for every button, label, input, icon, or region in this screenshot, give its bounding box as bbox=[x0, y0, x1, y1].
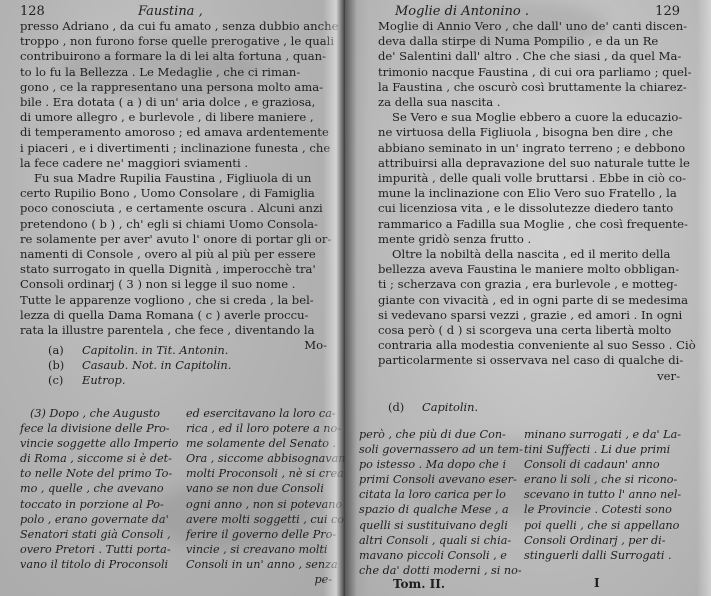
footnote-line: tini Suffecti . Li due primi bbox=[524, 442, 682, 457]
text-line: particolarmente si osservava nel caso di… bbox=[378, 353, 680, 368]
running-head: Moglie di Antonino . 129 bbox=[385, 4, 680, 20]
footnote-line: vincie , si creavano molti bbox=[186, 542, 332, 557]
footnote-line: Senatori stati già Consoli , bbox=[20, 527, 176, 542]
text-line: attribuirsi alla depravazione del suo na… bbox=[378, 156, 680, 171]
footnote-line: fece la divisione delle Pro- bbox=[20, 421, 176, 436]
text-line: si vedevano sparsi vezzi , grazie , ed a… bbox=[378, 308, 680, 323]
footnote-line: Consoli in un' anno , senza bbox=[186, 557, 332, 572]
text-line: ne virtuosa della Figliuola , bisogna be… bbox=[378, 125, 680, 140]
footnote-line: polo , erano governate da' bbox=[20, 512, 176, 527]
text-line: mune la inclinazione con Elio Vero suo F… bbox=[378, 186, 680, 201]
footnote-line: erano li soli , che si ricono- bbox=[524, 472, 682, 487]
note-c: (c) Eutrop. bbox=[48, 373, 318, 388]
page-number: 129 bbox=[655, 4, 680, 20]
text-line: certo Rupilio Bono , Uomo Consolare , di… bbox=[20, 186, 327, 201]
footnote-line: primi Consoli avevano eser- bbox=[359, 472, 514, 487]
text-line: presso Adriano , da cui fu amato , senza… bbox=[20, 19, 327, 34]
text-line: bile . Era dotata ( a ) di un' aria dolc… bbox=[20, 95, 327, 110]
footnote-line: overo Pretori . Tutti porta- bbox=[20, 542, 176, 557]
footnote-line: po istesso . Ma dopo che i bbox=[359, 457, 514, 472]
text-line: de' Salentini dall' altro . Che che sias… bbox=[378, 49, 680, 64]
text-line: Consoli ordinarj ( 3 ) non si legge il s… bbox=[20, 277, 327, 292]
footnote-column-right: ed esercitavano la loro ca- rica , ed il… bbox=[186, 406, 332, 587]
marginal-notes: (d) Capitolin. bbox=[388, 400, 668, 415]
footnote-line: avere molti soggetti , cui con- bbox=[186, 512, 332, 527]
footnote-column-right: minano surrogati , e da' La- tini Suffec… bbox=[524, 427, 682, 578]
book-spread: 128 Faustina , presso Adriano , da cui f… bbox=[0, 0, 711, 596]
text-line: trimonio nacque Faustina , di cui ora pa… bbox=[378, 65, 680, 80]
text-line: di temperamento amoroso ; ed amava arden… bbox=[20, 125, 327, 140]
text-line: troppo , non furono forse quelle preroga… bbox=[20, 34, 327, 49]
text-line: namenti di Console , overo al più al più… bbox=[20, 247, 327, 262]
footnote-line: Ora , siccome abbisognavano bbox=[186, 451, 332, 466]
footnote-line: to nelle Note del primo To- bbox=[20, 466, 176, 481]
running-head-title: Moglie di Antonino . bbox=[395, 4, 529, 20]
note-b: (b) Casaub. Not. in Capitolin. bbox=[48, 358, 318, 373]
text-line: lezza di quella Dama Romana ( c ) averle… bbox=[20, 308, 327, 323]
text-line: ti ; scherzava con grazia , era burlevol… bbox=[378, 277, 680, 292]
text-line: rammarico a Fadilla sua Moglie , che cos… bbox=[378, 217, 680, 232]
footnote-line: soli governassero ad un tem- bbox=[359, 442, 514, 457]
gathering-signature: I bbox=[594, 576, 600, 590]
footnote-line: minano surrogati , e da' La- bbox=[524, 427, 682, 442]
text-line: Fu sua Madre Rupilia Faustina , Figliuol… bbox=[20, 171, 327, 186]
footnote-line: Consoli Ordinarj , per di- bbox=[524, 533, 682, 548]
text-line: abbiano seminato in un' ingrato terreno … bbox=[378, 141, 680, 156]
text-line: giante con vivacità , ed in ogni parte d… bbox=[378, 293, 680, 308]
marginal-notes: (a) Capitolin. in Tit. Antonin. (b) Casa… bbox=[48, 343, 318, 388]
text-line: mente gridò senza frutto . bbox=[378, 232, 680, 247]
text-line: di umore allegro , e burlevole , di libe… bbox=[20, 110, 327, 125]
footnote-line: rica , ed il loro potere a no- bbox=[186, 421, 332, 436]
text-line: poco conosciuta , e certamente oscura . … bbox=[20, 201, 327, 216]
footnote-line: stinguerli dalli Surrogati . bbox=[524, 548, 682, 563]
text-line: contribuirono a formare la di lei alta f… bbox=[20, 49, 327, 64]
text-line: deva dalla stirpe di Numa Pompilio , e d… bbox=[378, 34, 680, 49]
footnote-line: le Provincie . Cotesti sono bbox=[524, 502, 682, 517]
footnote-line: vano il titolo di Proconsoli bbox=[20, 557, 176, 572]
catchword: ver- bbox=[378, 369, 680, 384]
text-line: Se Vero e sua Moglie ebbero a cuore la e… bbox=[378, 110, 680, 125]
footnote-line: altri Consoli , quali si chia- bbox=[359, 533, 514, 548]
main-text: presso Adriano , da cui fu amato , senza… bbox=[20, 19, 327, 353]
note-mark: (a) bbox=[48, 343, 82, 358]
note-mark: (d) bbox=[388, 400, 422, 415]
footnote-line: poi quelli , che si appellano bbox=[524, 518, 682, 533]
footnote-line: che da' dotti moderni , si no- bbox=[359, 563, 514, 578]
text-line: la Faustina , che oscurò così bruttament… bbox=[378, 80, 680, 95]
note-text: Eutrop. bbox=[82, 373, 125, 388]
note-text: Capitolin. bbox=[422, 400, 478, 415]
footnote-line: mo , quelle , che avevano bbox=[20, 481, 176, 496]
footnote-line: ogni anno , non si potevano bbox=[186, 497, 332, 512]
footnote-line: quelli si sustituivano degli bbox=[359, 518, 514, 533]
footnote-column-left: (3) Dopo , che Augusto fece la divisione… bbox=[20, 406, 176, 587]
note-mark: (c) bbox=[48, 373, 82, 388]
footnote-line: di Roma , siccome si è det- bbox=[20, 451, 176, 466]
note-text: Casaub. Not. in Capitolin. bbox=[82, 358, 231, 373]
page-edge bbox=[697, 0, 711, 596]
note-mark: (b) bbox=[48, 358, 82, 373]
text-line: contraria alla modestia conveniente al s… bbox=[378, 338, 680, 353]
text-line: i piaceri , e i divertimenti ; inclinazi… bbox=[20, 141, 327, 156]
gutter-shadow bbox=[323, 0, 345, 596]
text-line: rata la illustre parentela , che fece , … bbox=[20, 323, 327, 338]
text-line: impurità , delle quali volle bruttarsi .… bbox=[378, 171, 680, 186]
text-line: la fece cadere ne' maggiori sviamenti . bbox=[20, 156, 327, 171]
footnote-line: scevano in tutto l' anno nel- bbox=[524, 487, 682, 502]
page-number: 128 bbox=[20, 4, 45, 20]
volume-signature: Tom. II. bbox=[393, 577, 445, 591]
note-text: Capitolin. in Tit. Antonin. bbox=[82, 343, 228, 358]
text-line: bellezza aveva Faustina le maniere molto… bbox=[378, 262, 680, 277]
footnote-column-left: però , che più di due Con- soli governas… bbox=[359, 427, 514, 578]
footnote-3-continued: però , che più di due Con- soli governas… bbox=[359, 427, 682, 578]
text-line: cosa però ( d ) si scorgeva una certa li… bbox=[378, 323, 680, 338]
right-page: Moglie di Antonino . 129 Moglie di Annio… bbox=[345, 0, 711, 596]
footnote-line: molti Proconsoli , nè si crea- bbox=[186, 466, 332, 481]
footnote-line: citata la loro carica per lo bbox=[359, 487, 514, 502]
footnote-line: ed esercitavano la loro ca- bbox=[186, 406, 332, 421]
catchword: pe- bbox=[186, 572, 332, 587]
footnote-3: (3) Dopo , che Augusto fece la divisione… bbox=[20, 406, 332, 587]
left-page: 128 Faustina , presso Adriano , da cui f… bbox=[0, 0, 345, 596]
text-line: pretendono ( b ) , ch' egli si chiami Uo… bbox=[20, 217, 327, 232]
running-head-title: Faustina , bbox=[138, 4, 203, 20]
footnote-line: toccato in porzione al Po- bbox=[20, 497, 176, 512]
text-line: Moglie di Annio Vero , che dall' uno de'… bbox=[378, 19, 680, 34]
text-line: gono , ce la rappresentano una persona m… bbox=[20, 80, 327, 95]
footnote-line: Consoli di cadaun' anno bbox=[524, 457, 682, 472]
text-line: za della sua nascita . bbox=[378, 95, 680, 110]
text-line: Oltre la nobiltà della nascita , ed il m… bbox=[378, 247, 680, 262]
note-a: (a) Capitolin. in Tit. Antonin. bbox=[48, 343, 318, 358]
footnote-line: me solamente del Senato . bbox=[186, 436, 332, 451]
text-line: stato surrogato in quella Dignità , impe… bbox=[20, 262, 327, 277]
text-line: re solamente per aver' avuto l' onore di… bbox=[20, 232, 327, 247]
text-line: cui licenziosa vita , e le dissolutezze … bbox=[378, 201, 680, 216]
text-line: to lo fu la Bellezza . Le Medaglie , che… bbox=[20, 65, 327, 80]
note-d: (d) Capitolin. bbox=[388, 400, 668, 415]
footnote-line: mavano piccoli Consoli , e bbox=[359, 548, 514, 563]
footnote-line: ferire il governo delle Pro- bbox=[186, 527, 332, 542]
footnote-line: spazio di qualche Mese , a bbox=[359, 502, 514, 517]
footnote-line: vincie soggette allo Imperio bbox=[20, 436, 176, 451]
text-line: Tutte le apparenze vogliono , che si cre… bbox=[20, 293, 327, 308]
footnote-line: però , che più di due Con- bbox=[359, 427, 514, 442]
footnote-line: (3) Dopo , che Augusto bbox=[20, 406, 176, 421]
main-text: Moglie di Annio Vero , che dall' uno de'… bbox=[378, 19, 680, 384]
footnote-line: vano se non due Consoli bbox=[186, 481, 332, 496]
running-head: 128 Faustina , bbox=[20, 4, 320, 20]
